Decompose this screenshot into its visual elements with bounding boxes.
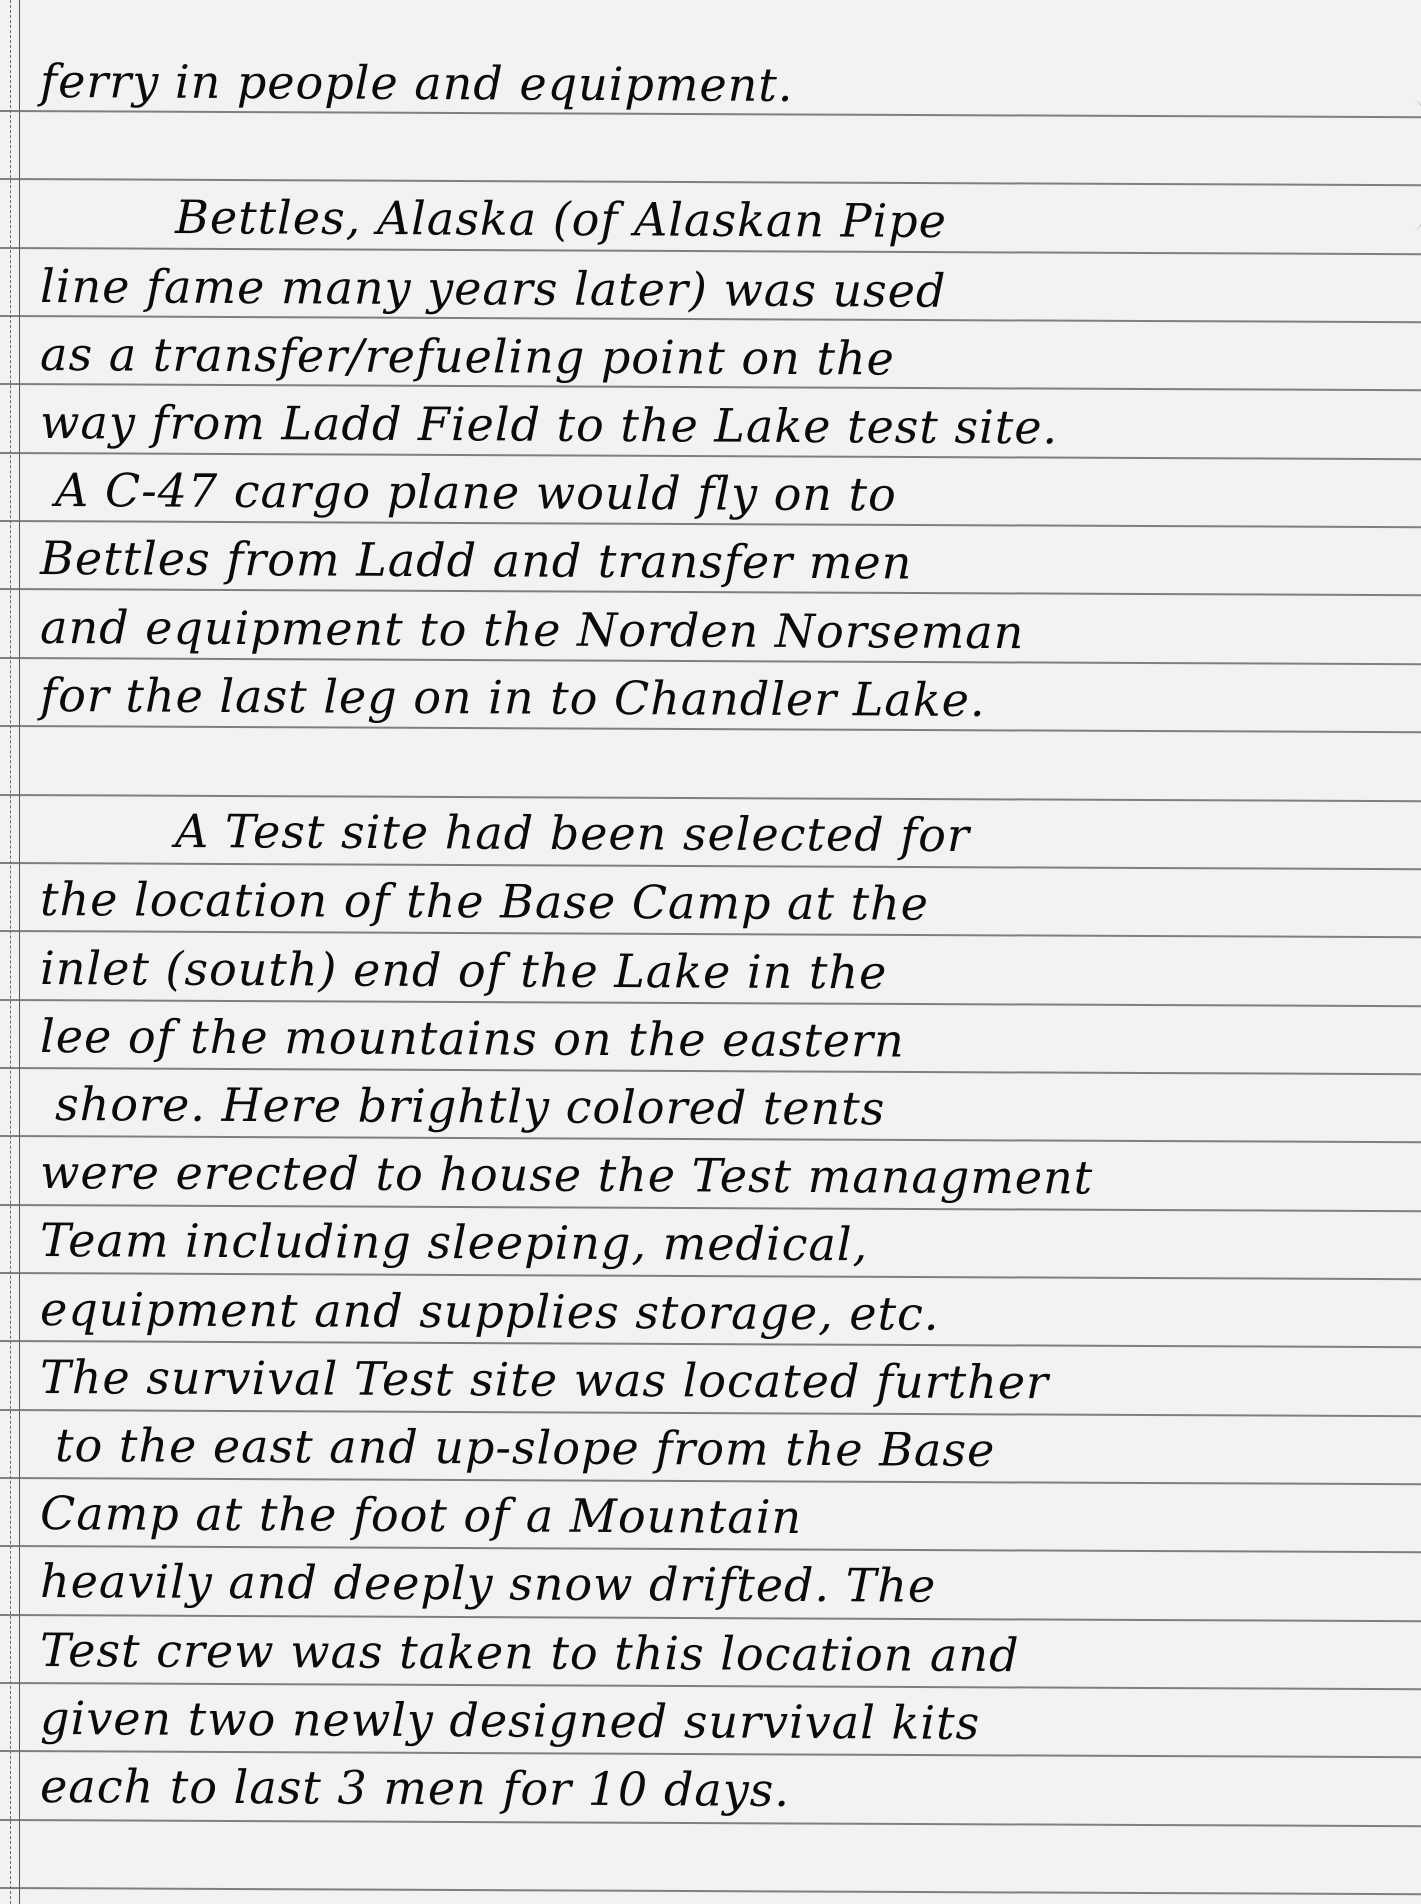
handwritten-line: Team including sleeping, medical, [40,1213,868,1271]
ruled-line [0,1477,1421,1485]
handwritten-line: A Test site had been selected for [175,804,970,862]
paper-curl-mark [1412,100,1421,230]
ruled-line [0,1340,1421,1348]
handwritten-line: Bettles from Ladd and transfer men [40,531,912,590]
handwritten-line: ferry in people and equipment. [40,54,794,112]
ruled-line [0,1272,1421,1280]
handwritten-line: were erected to house the Test managment [40,1145,1093,1205]
ruled-line [0,1204,1421,1212]
ruled-line [0,657,1421,665]
handwritten-line: given two newly designed survival kits [40,1691,980,1750]
handwritten-line: each to last 3 men for 10 days. [40,1759,790,1817]
ruled-line [0,1819,1421,1827]
ruled-line [0,1067,1421,1075]
ruled-line [0,1545,1421,1553]
ruled-line [0,383,1421,391]
handwritten-line: shore. Here brightly colored tents [55,1077,885,1135]
ruled-line [0,588,1421,596]
handwritten-line: way from Ladd Field to the Lake test sit… [40,395,1058,454]
ruled-line [0,178,1421,186]
handwritten-line: The survival Test site was located furth… [40,1350,1049,1409]
handwritten-line: heavily and deeply snow drifted. The [40,1554,936,1613]
handwritten-line: lee of the mountains on the eastern [40,1009,905,1068]
handwritten-line: the location of the Base Camp at the [40,872,929,931]
ruled-line [0,452,1421,460]
handwritten-line: A C-47 cargo plane would fly on to [55,463,897,521]
handwritten-line: to the east and up-slope from the Base [55,1418,995,1477]
handwritten-line: line fame many years later) was used [40,259,947,318]
ruled-line [0,930,1421,938]
handwritten-line: Bettles, Alaska (of Alaskan Pipe [175,190,947,248]
notebook-page: ferry in people and equipment.Bettles, A… [0,0,1421,1904]
handwritten-line: as a transfer/refueling point on the [40,327,895,385]
margin-line-inner [19,0,20,1904]
ruled-line [0,1614,1421,1622]
handwritten-line: inlet (south) end of the Lake in the [40,941,887,999]
handwritten-line: equipment and supplies storage, etc. [40,1282,940,1341]
ruled-line [0,1682,1421,1690]
ruled-line [0,794,1421,802]
ruled-line [0,725,1421,733]
ruled-line [0,1750,1421,1758]
ruled-line [0,520,1421,528]
handwritten-line: Test crew was taken to this location and [40,1623,1020,1682]
ruled-line [0,862,1421,870]
handwritten-line: for the last leg on in to Chandler Lake. [40,668,986,727]
ruled-line [0,1887,1421,1895]
ruled-line [0,1409,1421,1417]
handwritten-line: Camp at the foot of a Mountain [40,1486,802,1544]
handwritten-line: and equipment to the Norden Norseman [40,600,1024,659]
margin-line-outer [10,0,11,1904]
ruled-line [0,247,1421,255]
ruled-line [0,1135,1421,1143]
ruled-line [0,999,1421,1007]
